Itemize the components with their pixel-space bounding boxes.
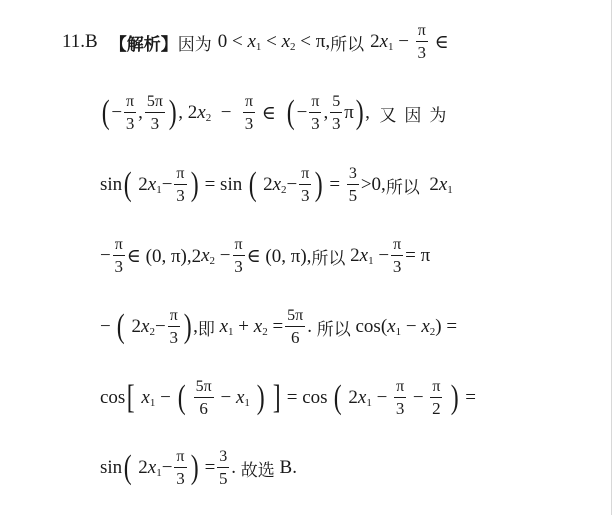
solution-line-5: − ( 2x2− π3 ),即 x1 + x2 = 5π6. 所以 cos(x1… <box>100 302 457 352</box>
fraction: 5π3 <box>145 94 165 132</box>
fraction: π3 <box>168 308 180 346</box>
fraction: π3 <box>309 94 321 132</box>
solution-line-6: cos[ x1 − ( 5π6 − x1 ) ] = cos ( 2x1 − π… <box>100 373 476 423</box>
fraction: π3 <box>124 94 136 132</box>
fraction: π3 <box>233 237 245 275</box>
fraction: π3 <box>394 379 406 417</box>
solution-line-4: −π3∈ (0, π),2x2 − π3∈ (0, π),所以 2x1 − π3… <box>100 231 430 281</box>
fraction: π2 <box>430 379 442 417</box>
solution-line-3: sin( 2x1− π3 ) = sin ( 2x2− π3 ) = 35 >0… <box>100 160 453 210</box>
fraction: 5π6 <box>285 308 305 346</box>
fraction: π3 <box>174 166 186 204</box>
fraction: 53 <box>330 94 342 132</box>
fraction: 5π6 <box>194 379 214 417</box>
fraction: π3 <box>416 23 428 61</box>
solution-line-7: sin( 2x1− π3 ) = 35. 故选 B. <box>100 443 297 493</box>
analysis-label: 【解析】 <box>110 30 178 55</box>
fraction: π3 <box>243 94 255 132</box>
fraction: 35 <box>217 449 229 487</box>
fraction: π3 <box>299 166 311 204</box>
problem-number: 11. <box>62 31 85 53</box>
fraction: π3 <box>391 237 403 275</box>
page-edge <box>611 0 612 515</box>
fraction: π3 <box>174 449 186 487</box>
solution-line-2: (− π3, 5π3 ), 2x2 − π3 ∈ (− π3, 53π ), 又… <box>100 88 454 138</box>
solution-line-1: 11. B 【解析】 因为 0 < x1 < x2 < π,所以 2x1 − π… <box>62 17 449 67</box>
problem-answer: B <box>85 31 98 53</box>
fraction: π3 <box>113 237 125 275</box>
fraction: 35 <box>347 166 359 204</box>
